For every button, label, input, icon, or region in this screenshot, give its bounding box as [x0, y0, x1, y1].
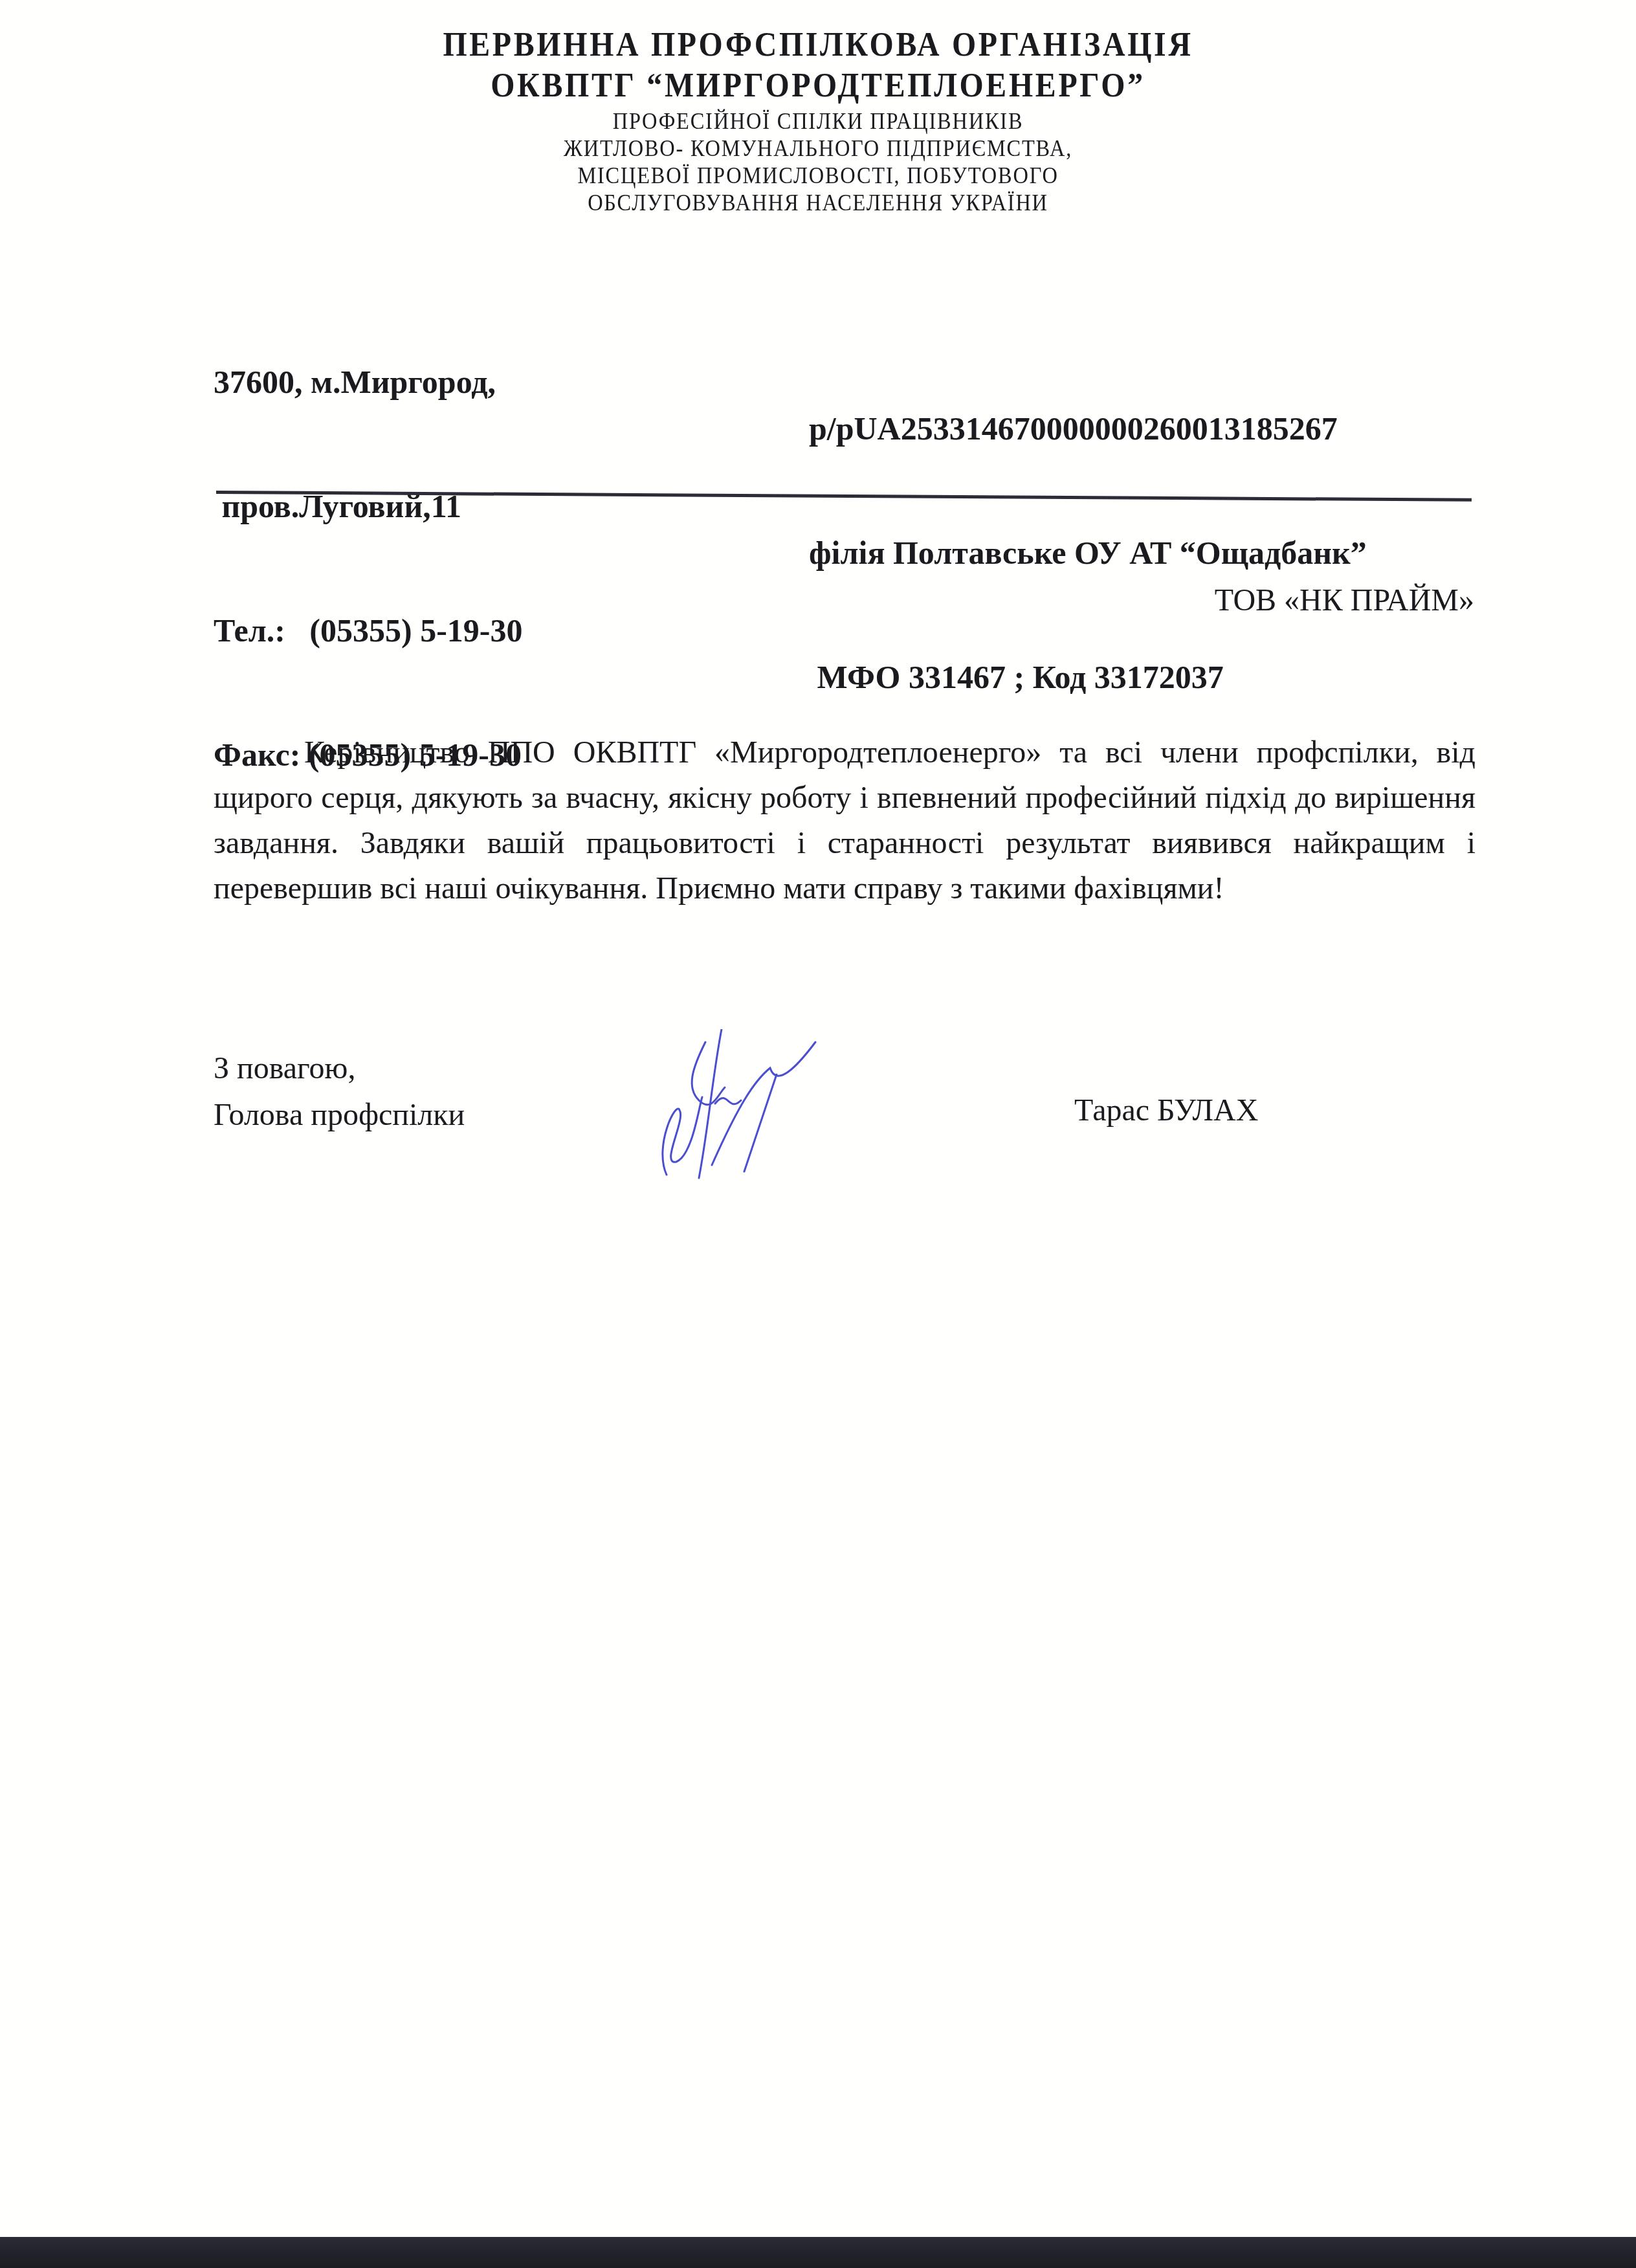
bank-account: р/рUA253314670000000260013185267: [809, 408, 1367, 449]
letterhead-title-2: ОКВПТГ “МИРГОРОДТЕПЛОЕНЕРГО”: [65, 67, 1571, 105]
bank-codes: МФО 331467 ; Код 33172037: [809, 656, 1367, 698]
scanner-edge: [0, 2237, 1636, 2268]
phone: Тел.: (05355) 5-19-30: [214, 610, 522, 651]
signer-name: Тарас БУЛАХ: [1074, 1093, 1258, 1128]
bank-details: р/рUA253314670000000260013185267 філія П…: [809, 325, 1367, 781]
letter-body: Керівництво ППО ОКВПТГ «Миргородтеплоене…: [214, 730, 1476, 911]
addressee: ТОВ «НК ПРАЙМ»: [1215, 583, 1474, 618]
address-line-1: 37600, м.Миргород,: [214, 361, 522, 403]
signature-icon: [615, 1029, 925, 1184]
letterhead-sub-2: ЖИТЛОВО- КОМУНАЛЬНОГО ПІДПРИЄМСТВА,: [82, 135, 1554, 162]
letterhead-sub-4: ОБСЛУГОВУВАННЯ НАСЕЛЕННЯ УКРАЇНИ: [82, 189, 1554, 216]
bank-branch: філія Полтавське ОУ АТ “Ощадбанк”: [809, 532, 1367, 573]
letter-page: ПЕРВИННА ПРОФСПІЛКОВА ОРГАНІЗАЦІЯ ОКВПТГ…: [0, 0, 1636, 2240]
letterhead: ПЕРВИННА ПРОФСПІЛКОВА ОРГАНІЗАЦІЯ ОКВПТГ…: [0, 26, 1636, 216]
letterhead-sub-3: МІСЦЕВОЇ ПРОМИСЛОВОСТІ, ПОБУТОВОГО: [82, 162, 1554, 189]
closing-block: З повагою, Голова профспілки: [214, 1045, 465, 1139]
signer-position: Голова профспілки: [214, 1092, 465, 1139]
letterhead-sub-1: ПРОФЕСІЙНОЇ СПІЛКИ ПРАЦІВНИКІВ: [82, 107, 1554, 135]
letterhead-title-1: ПЕРВИННА ПРОФСПІЛКОВА ОРГАНІЗАЦІЯ: [65, 26, 1571, 64]
salutation: З повагою,: [214, 1045, 465, 1092]
